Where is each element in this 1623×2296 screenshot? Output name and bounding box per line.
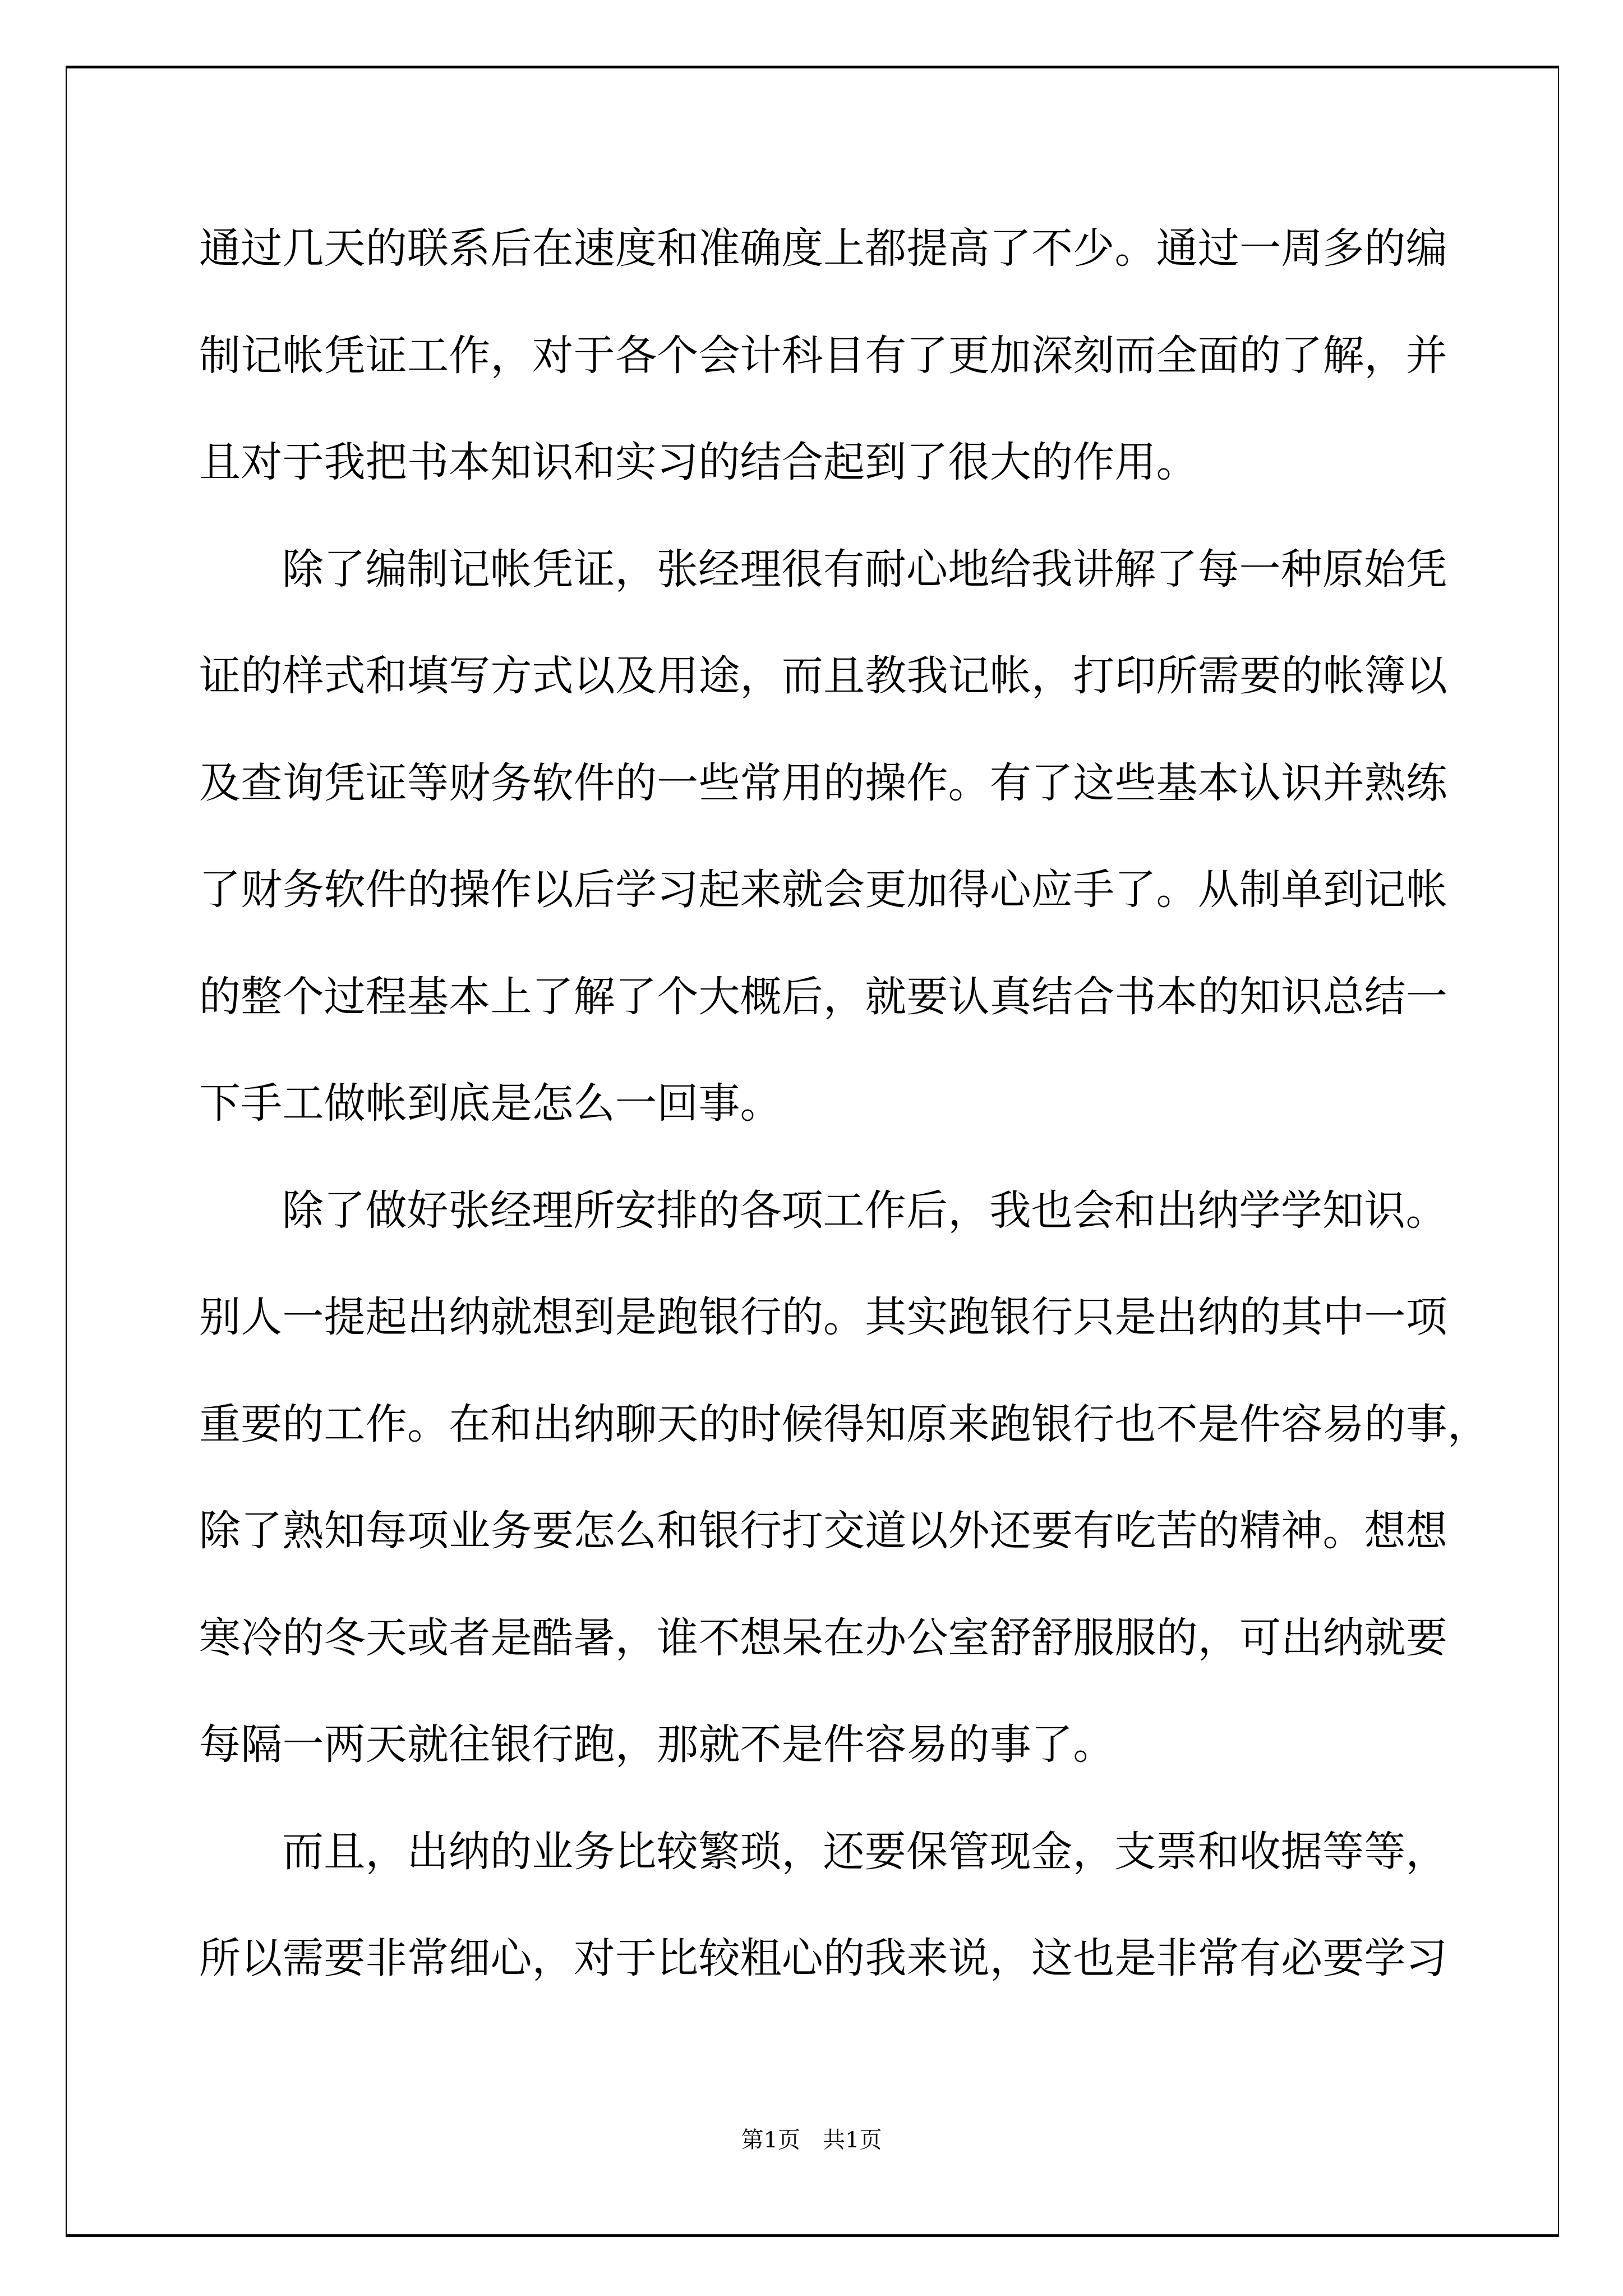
text-line: 及查询凭证等财务软件的一些常用的操作。有了这些基本认识并熟练 — [199, 756, 1455, 863]
paragraph-start-line: 除了编制记帐凭证，张经理很有耐心地给我讲解了每一种原始凭 — [199, 542, 1455, 650]
text-line: 重要的工作。在和出纳聊天的时候得知原来跑银行也不是件容易的事， — [199, 1397, 1455, 1504]
text-line: 每隔一两天就往银行跑，那就不是件容易的事了。 — [199, 1718, 1455, 1825]
text-line: 所以需要非常细心，对于比较粗心的我来说，这也是非常有必要学习 — [199, 1931, 1455, 2039]
text-line: 寒冷的冬天或者是酷暑，谁不想呆在办公室舒舒服服的，可出纳就要 — [199, 1611, 1455, 1718]
document-body: 通过几天的联系后在速度和准确度上都提高了不少。通过一周多的编 制记帐凭证工作，对… — [199, 222, 1455, 2039]
text-line: 且对于我把书本知识和实习的结合起到了很大的作用。 — [199, 435, 1455, 542]
total-pages-label: 共1页 — [823, 2126, 882, 2154]
text-line: 了财务软件的操作以后学习起来就会更加得心应手了。从制单到记帐 — [199, 863, 1455, 970]
text-line: 通过几天的联系后在速度和准确度上都提高了不少。通过一周多的编 — [199, 222, 1455, 329]
text-line: 证的样式和填写方式以及用途，而且教我记帐，打印所需要的帐簿以 — [199, 649, 1455, 756]
page-footer: 第1页共1页 — [0, 2126, 1623, 2154]
text-line: 下手工做帐到底是怎么一回事。 — [199, 1076, 1455, 1184]
text-line: 除了熟知每项业务要怎么和银行打交道以外还要有吃苦的精神。想想 — [199, 1504, 1455, 1611]
current-page-label: 第1页 — [741, 2126, 800, 2154]
paragraph-start-line: 除了做好张经理所安排的各项工作后，我也会和出纳学学知识。 — [199, 1184, 1455, 1291]
text-line: 别人一提起出纳就想到是跑银行的。其实跑银行只是出纳的其中一项 — [199, 1290, 1455, 1397]
paragraph-start-line: 而且，出纳的业务比较繁琐，还要保管现金，支票和收据等等， — [199, 1825, 1455, 1932]
text-line: 制记帐凭证工作，对于各个会计科目有了更加深刻而全面的了解，并 — [199, 329, 1455, 436]
text-line: 的整个过程基本上了解了个大概后，就要认真结合书本的知识总结一 — [199, 970, 1455, 1077]
